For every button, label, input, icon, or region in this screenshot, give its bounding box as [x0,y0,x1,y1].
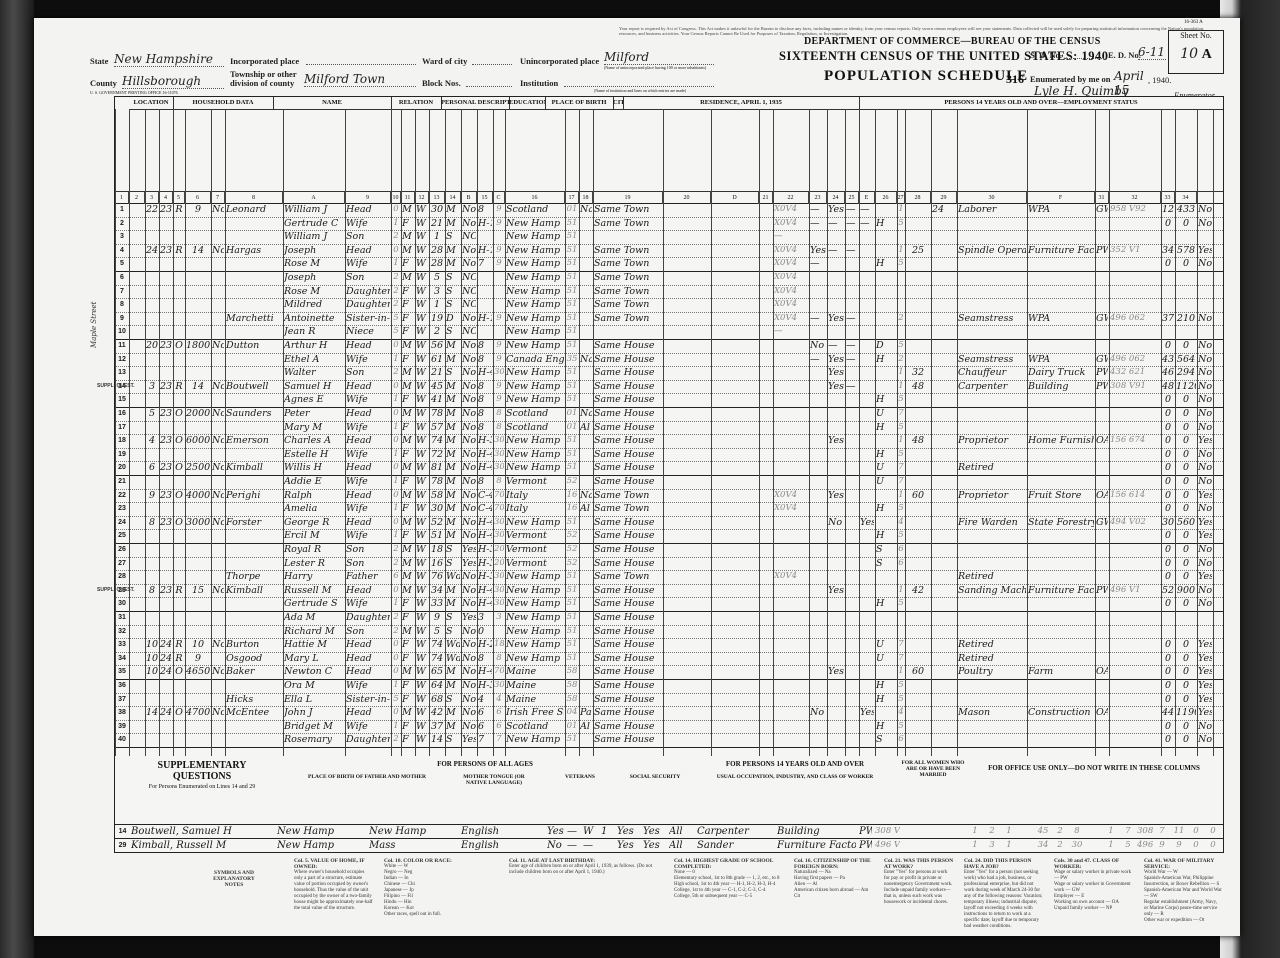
cell-cit [580,339,592,352]
cell-code-c: 01 [566,421,578,434]
cell-sex: F [402,325,414,338]
cell-birthplace: New Hamp [506,312,564,325]
office-use-cell: 1 [1103,839,1119,852]
cell-code-b: 70 [494,502,504,515]
cell-income: 0 [1176,421,1196,434]
cell-c24 [860,366,874,379]
cell-weeks: 0 [1162,638,1174,651]
cell-c23 [846,230,858,243]
cell-col34 [1214,733,1222,746]
table-row: 206236O2500NoKimballWillis HHead0MW81MNo… [115,461,1223,476]
cell-code-e [898,285,904,298]
cell-race: W [416,244,428,257]
cell-col34 [1214,502,1222,515]
cell-residence: Same House [594,665,662,678]
cell-c21: — [810,217,826,230]
office-use-cell: 5 [1120,839,1136,852]
cell-marital: M [446,421,460,434]
cell-relation: Son [346,543,390,556]
cell-c21 [810,475,826,488]
cell-cls [1096,638,1108,651]
cell-c21 [810,502,826,515]
cell-line: 10 [116,325,128,338]
column-divider [445,109,446,757]
cell-school: No [462,257,476,270]
cell-code-e: 5 [898,693,904,706]
office-use-cell: 30 [1069,839,1085,852]
cell-street [130,665,144,678]
cell-code-b: 70 [494,665,504,678]
cell-code-c: 51 [566,434,578,447]
cell-code-b: 30 [494,597,504,610]
cell-birthplace: Canada English [506,353,564,366]
cell-code-c: 16 [566,502,578,515]
cell-c27 [932,693,956,706]
cell-cit: Na [580,353,592,366]
cell-birthplace: Scotland [506,203,564,216]
cell-industry: Building [1028,380,1094,393]
cell-birthplace: New Hamp [506,217,564,230]
cell-code-c: 51 [566,271,578,284]
cell-c22: Yes [828,312,844,325]
note-col24-title: Col. 24. DID THIS PERSON HAVE A JOB? [964,858,1044,870]
cell-surname: Boutwell [226,380,282,393]
cell-given: Gertrude C [284,217,344,230]
column-divider [565,109,566,757]
cell-c22: No [828,516,844,529]
cell-c21 [810,557,826,570]
cell-other-income: Yes [1198,706,1212,719]
cell-relation: Wife [346,597,390,610]
cell-cit [580,733,592,746]
cell-race: W [416,679,428,692]
cell-code-f: 156 614 [1110,489,1160,502]
cell-industry [1028,733,1094,746]
cell-relation: Wife [346,720,390,733]
cell-c24 [860,298,874,311]
cell-col34 [1214,529,1222,542]
cell-code-f: 496 062 [1110,353,1160,366]
cell-relation: Head [346,584,390,597]
supp-cell-language: English [461,839,544,852]
cell-industry [1028,230,1094,243]
cell-code-d [774,421,808,434]
cell-cit [580,448,592,461]
cell-marital: M [446,461,460,474]
cell-school: No [462,475,476,488]
cell-industry [1028,502,1094,515]
cell-col34 [1214,516,1222,529]
cell-relation: Wife [346,679,390,692]
cell-c27 [932,461,956,474]
cell-c25: S [876,543,896,556]
cell-c27 [932,325,956,338]
cell-weeks: 0 [1162,461,1174,474]
cell-farm [212,502,224,515]
cell-house: 10 [146,638,158,651]
cell-weeks: 48 [1162,380,1174,393]
column-divider [931,109,932,757]
cell-age: 64 [430,679,444,692]
cell-code-e [898,271,904,284]
cell-code-c: 51 [566,393,578,406]
cell-own [174,625,184,638]
cell-c25 [876,312,896,325]
table-row: 1120232O1800NoDuttonArthur HHead0MW56MNo… [115,339,1223,354]
cell-given: William J [284,203,344,216]
cell-race: W [416,421,428,434]
cell-c24 [860,434,874,447]
state-label: State [90,56,108,66]
cell-c27 [932,230,956,243]
cell-surname [226,230,282,243]
cell-code-e: 5 [898,679,904,692]
cell-other-income: No [1198,366,1212,379]
cell-code-e: 7 [898,475,904,488]
cell-c26 [906,652,930,665]
cell-c22 [828,257,844,270]
cell-residence: Same House [594,407,662,420]
cell-line: 11 [116,339,128,352]
cell-school: NO [462,271,476,284]
cell-income [1176,325,1196,338]
cell-c27 [932,720,956,733]
cell-birthplace: New Hamp [506,257,564,270]
cell-c27: 24 [932,203,956,216]
veterans-label: VETERANS [545,774,615,780]
cell-occupation: Chauffeur [958,366,1026,379]
office-use-cell: 1 [1001,825,1017,838]
cell-given: Bridget M [284,720,344,733]
cell-residence: Same House [594,434,662,447]
cell-farm: No [212,339,224,352]
cell-income: 564 [1176,353,1196,366]
cell-marital: M [446,584,460,597]
cell-c26 [906,257,930,270]
cell-code-c: 51 [566,339,578,352]
cell-visit [160,625,172,638]
cell-c22 [828,693,844,706]
cell-code-a: 2 [392,625,400,638]
cell-c24: — [860,217,874,230]
cell-c22: Yes [828,353,844,366]
cell-c21 [810,597,826,610]
cell-relation: Head [346,652,390,665]
cell-c26 [906,529,930,542]
street-annotation: Maple Street [90,302,98,348]
cell-col34 [1214,217,1222,230]
cell-col34 [1214,244,1222,257]
cell-col34 [1214,597,1222,610]
cell-cit [580,679,592,692]
cell-cit [580,665,592,678]
cell-surname: Kimball [226,584,282,597]
cell-c21: — [810,312,826,325]
cell-c21: Yes [810,244,826,257]
cell-sex: F [402,611,414,624]
cell-c21 [810,693,826,706]
cell-other-income: No [1198,339,1212,352]
cell-relation: Son [346,557,390,570]
supplementary-subtitle: For Persons Enumerated on Lines 14 and 2… [129,784,275,790]
cell-other-income: No [1198,380,1212,393]
cell-c27 [932,421,956,434]
table-row: 6JosephSon2MW5SNONew Hamp51Same TownX0V4 [115,271,1223,286]
cell-value [186,557,210,570]
cell-occupation: Spindle Operator [958,244,1026,257]
cell-race: W [416,706,428,719]
cell-given: Rosemary [284,733,344,746]
cell-farm [212,679,224,692]
office-use-cell [1018,839,1034,852]
cell-c22 [828,638,844,651]
cell-code-e: 7 [898,461,904,474]
cell-c27 [932,597,956,610]
cell-c25 [876,434,896,447]
cell-code-f: 432 621 [1110,366,1160,379]
cell-weeks: 0 [1162,557,1174,570]
cell-code-a: 1 [392,502,400,515]
cell-other-income: Yes [1198,489,1212,502]
cell-weeks: 0 [1162,421,1174,434]
cell-other-income: No [1198,720,1212,733]
cell-birthplace: New Hamp [506,393,564,406]
cell-c23: — [846,353,858,366]
cell-code-b: 20 [494,557,504,570]
cell-school: No [462,720,476,733]
cell-race: W [416,257,428,270]
cell-income: 0 [1176,475,1196,488]
cell-farm [212,312,224,325]
cell-surname [226,720,282,733]
cell-code-e: 4 [898,706,904,719]
cell-code-d [774,720,808,733]
column-divider [663,109,664,757]
cell-c27 [932,475,956,488]
cell-surname: Baker [226,665,282,678]
cell-c26 [906,325,930,338]
cell-value: 4000 [186,489,210,502]
cell-c26 [906,339,930,352]
cell-code-e: 7 [898,407,904,420]
cell-school: No [462,570,476,583]
cell-industry [1028,625,1094,638]
cell-house [146,475,158,488]
cell-c27 [932,339,956,352]
cell-sex: F [402,502,414,515]
cell-school: No [462,244,476,257]
cell-income: 0 [1176,679,1196,692]
cell-c24 [860,271,874,284]
cell-c24 [860,325,874,338]
cell-col34 [1214,434,1222,447]
cell-street [130,393,144,406]
cell-code-d: X0V4 [774,285,808,298]
cell-value [186,353,210,366]
cell-line: 9 [116,312,128,325]
cell-cit [580,557,592,570]
cell-c26 [906,570,930,583]
cell-income: 0 [1176,733,1196,746]
cell-relation: Wife [346,421,390,434]
cell-age: 16 [430,557,444,570]
cell-school: No [462,312,476,325]
cell-c22: Yes [828,665,844,678]
cell-code-c: 51 [566,570,578,583]
cell-code-a: 1 [392,720,400,733]
supp-cell-vet-wife: — [567,839,580,852]
cell-cls [1096,733,1108,746]
cell-visit [160,298,172,311]
cell-c26 [906,597,930,610]
confidentiality-notice: Your report is required by Act of Congre… [619,26,1219,36]
cell-surname [226,448,282,461]
cell-occupation [958,230,1026,243]
cell-line: 24 [116,516,128,529]
supp-cell-name: Kimball, Russell M [131,839,274,852]
cell-visit: 242 [160,665,172,678]
group-relation: RELATION [391,97,442,110]
column-divider [145,109,146,757]
cell-occupation: Mason [958,706,1026,719]
cell-c21 [810,529,826,542]
cell-value: 9 [186,652,210,665]
cell-age: 28 [430,257,444,270]
cell-surname [226,285,282,298]
cell-c23 [846,720,858,733]
cell-marital: D [446,312,460,325]
cell-grade [478,298,492,311]
cell-grade: 6 [478,720,492,733]
cell-c26 [906,502,930,515]
cell-visit [160,448,172,461]
cell-age: 41 [430,393,444,406]
cell-code-b: 30 [494,584,504,597]
cell-given: Ercil M [284,529,344,542]
column-divider [859,109,860,757]
cell-house: 5 [146,407,158,420]
table-row: 21Addie EWife1FW78MNo88Vermont52Same Hou… [115,475,1223,490]
cell-c22: — [828,244,844,257]
cell-value [186,693,210,706]
cell-street [130,570,144,583]
cell-visit: 233 [160,380,172,393]
cell-school: No [462,434,476,447]
cell-col34 [1214,720,1222,733]
cell-c24: Yes [860,706,874,719]
cell-code-c: 51 [566,461,578,474]
cell-birthplace: Maine [506,693,564,706]
cell-code-f: 494 V02 [1110,516,1160,529]
cell-c27 [932,489,956,502]
cell-c21 [810,584,826,597]
cell-c23 [846,543,858,556]
cell-sex: F [402,693,414,706]
cell-birthplace: Italy [506,489,564,502]
cell-cls [1096,407,1108,420]
cell-visit [160,325,172,338]
cell-school: Yes [462,557,476,570]
cell-code-d [774,353,808,366]
cell-c25: D [876,339,896,352]
cell-c26 [906,353,930,366]
cell-weeks: 0 [1162,217,1174,230]
cell-c25: H [876,502,896,515]
cell-other-income [1198,298,1212,311]
cell-street [130,325,144,338]
cell-given: Amelia [284,502,344,515]
table-row: 3510242O4650NoBakerNewton CHead0MW65MNoH… [115,665,1223,680]
cell-cit [580,570,592,583]
table-row: 165234O2000NoSaundersPeterHead0MW78MNo88… [115,407,1223,422]
cell-c23 [846,665,858,678]
cell-code-c: 51 [566,257,578,270]
cell-other-income: Yes [1198,570,1212,583]
cell-sex: M [402,584,414,597]
cell-given: Hattie M [284,638,344,651]
cell-c21 [810,325,826,338]
cell-farm [212,230,224,243]
cell-marital: M [446,353,460,366]
cell-relation: Wife [346,502,390,515]
note-item: American citizen born abroad — Am Cit [794,888,874,900]
sheet-number-box: Sheet No. 10 A [1168,30,1224,74]
note-col11-text: Enter age of children born on or after A… [509,864,659,876]
cell-industry [1028,597,1094,610]
cell-street [130,461,144,474]
cell-line: 27 [116,557,128,570]
cell-own: O [174,516,184,529]
cell-sex: F [402,652,414,665]
cell-value: 15 [186,584,210,597]
cell-c27 [932,679,956,692]
printing-office: U. S. GOVERNMENT PRINTING OFFICE 16-1107… [90,90,178,95]
cell-relation: Head [346,380,390,393]
cell-school: No [462,516,476,529]
cell-visit [160,733,172,746]
cell-line: 28 [116,570,128,583]
cell-code-f [1110,298,1160,311]
group-personal: PERSONAL DESCRIPTION [441,97,510,110]
state-value: New Hampshire [114,52,224,67]
cell-relation: Head [346,434,390,447]
cell-other-income: No [1198,203,1212,216]
cell-residence: Same House [594,733,662,746]
cell-value [186,502,210,515]
cell-street [130,516,144,529]
cell-code-e: 2 [898,353,904,366]
cell-line: 21 [116,475,128,488]
cell-c26: 42 [906,584,930,597]
supp-cell-ss-deduct-pct: All [669,825,694,838]
cell-c26 [906,706,930,719]
cell-sex: M [402,516,414,529]
column-divider [415,109,416,757]
cell-weeks: 0 [1162,665,1174,678]
cell-code-e: 5 [898,502,904,515]
cell-farm [212,257,224,270]
cell-marital: M [446,502,460,515]
cell-birthplace: Scotland [506,720,564,733]
cell-weeks: 0 [1162,529,1174,542]
cell-code-d [774,652,808,665]
cell-cit [580,625,592,638]
office-use-cell: 3 [984,839,1000,852]
cell-surname [226,257,282,270]
cell-school: No [462,597,476,610]
cell-c22 [828,475,844,488]
cell-code-e: 1 [898,665,904,678]
